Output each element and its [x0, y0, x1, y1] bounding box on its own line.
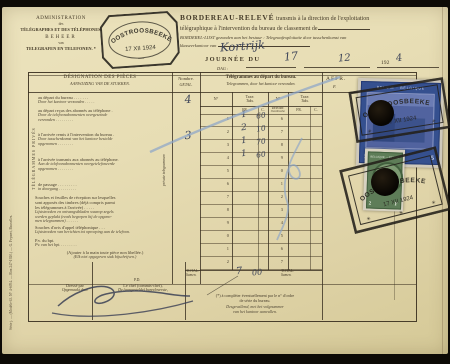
- svg-text:OOSTROOSBEEKE: OOSTROOSBEEKE: [109, 25, 173, 48]
- svg-text:✳: ✳: [366, 216, 372, 223]
- blue-pencil-flourish: [277, 138, 302, 240]
- punch-hole-blue-stamp: [368, 100, 394, 126]
- svg-text:✳: ✳: [431, 119, 436, 126]
- postmark-oostroosbeeke-top: OOSTROOSBEEKE 17 XII 1924 —: [99, 10, 181, 74]
- svg-text:✳: ✳: [367, 129, 372, 136]
- postmark-date: 17 XII 1924: [125, 45, 157, 53]
- svg-text:✳: ✳: [399, 210, 405, 217]
- postmark-date: 17 XII 1924: [383, 195, 415, 208]
- signature-flourish: [58, 286, 190, 306]
- blue-pencil-diagonal: [150, 77, 340, 152]
- postmark-town: OOSTROOSBEEKE: [109, 25, 173, 48]
- footnote-pointer-line: [207, 276, 238, 295]
- svg-text:—: —: [137, 56, 145, 63]
- punch-hole-green-stamp: [371, 168, 399, 196]
- photograph-background: Série j. — (Modèle 63. N° 4-6054. — Bon …: [0, 0, 450, 364]
- signature-underline: [52, 301, 193, 316]
- svg-text:✳: ✳: [431, 200, 437, 207]
